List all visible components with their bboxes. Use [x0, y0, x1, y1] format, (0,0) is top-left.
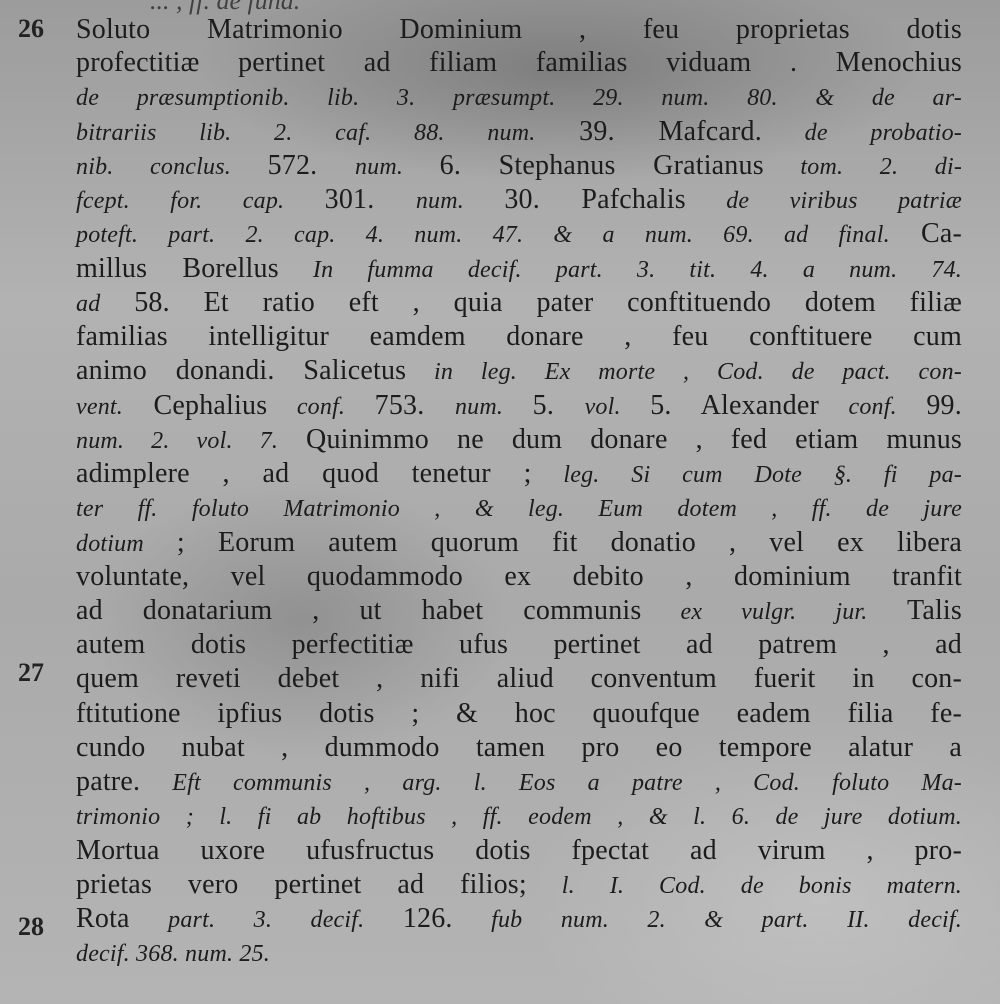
text-line: autem dotis perfectitiæ ufus pertinet ad… — [76, 629, 962, 661]
text-line: ad donatarium , ut habet communis ex vul… — [76, 595, 962, 628]
citation-italic-text: vol. — [585, 394, 651, 420]
body-text-run: adimplere , ad quod tenetur ; — [76, 458, 532, 489]
body-text-run: Ca- — [890, 218, 962, 249]
text-line: dotium ; Eorum autem quorum fit donatio … — [76, 527, 962, 560]
body-text-run: Talis — [868, 595, 963, 626]
citation-italic-text: In fumma decif. part. 3. tit. 4. a num. … — [279, 257, 962, 283]
text-line: Soluto Matrimonio Dominium , feu proprie… — [76, 14, 962, 46]
body-text-run: 58. Et ratio eft , quia pater conftituen… — [100, 287, 962, 318]
body-text-run: profectitiæ pertinet ad filiam familias … — [76, 47, 962, 78]
body-text-run: 126. — [403, 903, 453, 934]
text-line: patre. Eft communis , arg. l. Eos a patr… — [76, 766, 962, 799]
text-line: trimonio ; l. fi ab hoftibus , ff. eodem… — [76, 800, 962, 833]
text-line: vent. Cephalius conf. 753. num. 5. vol. … — [76, 390, 962, 423]
body-text-run: ad donatarium , ut habet communis — [76, 595, 642, 626]
citation-italic-text: l. I. Cod. de bonis matern. — [527, 873, 962, 899]
citation-italic-text: nib. conclus. — [76, 154, 268, 180]
body-text-run: ; Eorum autem quorum fit donatio , vel e… — [144, 527, 962, 558]
citation-italic-text: de viribus patriæ — [686, 188, 962, 214]
body-text-run: Soluto Matrimonio Dominium , feu proprie… — [76, 14, 962, 45]
body-text-run: 30. Pafchalis — [504, 184, 685, 215]
text-line: de præsumptionib. lib. 3. præsumpt. 29. … — [76, 81, 962, 114]
citation-italic-text: num. — [355, 154, 440, 180]
citation-italic-text: ad — [76, 291, 100, 317]
text-line: poteft. part. 2. cap. 4. num. 47. & a nu… — [76, 218, 962, 251]
text-line: voluntate, vel quodammodo ex debito , do… — [76, 561, 962, 593]
body-text-run: Mortua uxore ufusfructus dotis fpectat a… — [76, 835, 962, 866]
citation-italic-text: bitrariis lib. 2. caf. 88. num. — [76, 120, 535, 146]
body-text-run: Rota — [76, 903, 130, 934]
text-line: adimplere , ad quod tenetur ; leg. Si cu… — [76, 458, 962, 491]
body-text-run: 753. — [375, 390, 455, 421]
citation-italic-text: num. — [416, 188, 505, 214]
text-line: cundo nubat , dummodo tamen pro eo tempo… — [76, 732, 962, 764]
body-text-run: millus Borellus — [76, 253, 279, 284]
body-text-run: 6. Stephanus Gratianus — [440, 150, 764, 181]
citation-italic-text: ex vulgr. jur. — [642, 599, 868, 625]
body-text-run: 5. — [533, 390, 585, 421]
body-text-run: 99. — [926, 390, 962, 421]
citation-italic-text: fcept. for. cap. — [76, 188, 325, 214]
citation-italic-text: de probatio- — [762, 120, 962, 146]
text-line: millus Borellus In fumma decif. part. 3.… — [76, 253, 962, 286]
text-line: animo donandi. Salicetus in leg. Ex mort… — [76, 355, 962, 388]
text-line: bitrariis lib. 2. caf. 88. num. 39. Mafc… — [76, 116, 962, 149]
text-line: ad 58. Et ratio eft , quia pater conftit… — [76, 287, 962, 320]
text-line: profectitiæ pertinet ad filiam familias … — [76, 47, 962, 79]
body-text-run: cundo nubat , dummodo tamen pro eo tempo… — [76, 732, 962, 763]
text-line: num. 2. vol. 7. Quinimmo ne dum donare ,… — [76, 424, 962, 457]
body-text-run: Cephalius — [123, 390, 267, 421]
body-text-run: 39. Mafcard. — [535, 116, 761, 147]
citation-italic-text: ter ff. foluto Matrimonio , & leg. Eum d… — [76, 496, 962, 522]
citation-italic-text: decif. 368. num. 25. — [76, 941, 270, 967]
citation-italic-text: conf. — [267, 394, 374, 420]
citation-italic-text: num. 2. vol. 7. — [76, 428, 278, 454]
body-text-run: familias intelligitur eamdem donare , fe… — [76, 321, 962, 352]
citation-italic-text: part. 3. decif. — [130, 907, 403, 933]
text-line: ter ff. foluto Matrimonio , & leg. Eum d… — [76, 492, 962, 525]
body-text-run: quem reveti debet , nifi aliud conventum… — [76, 663, 962, 694]
paragraph-margin-number: 28 — [18, 912, 44, 942]
citation-italic-text: poteft. part. 2. cap. 4. num. 47. & a nu… — [76, 222, 890, 248]
body-text-run: autem dotis perfectitiæ ufus pertinet ad… — [76, 629, 962, 660]
body-text-run: prietas vero pertinet ad filios; — [76, 869, 527, 900]
text-line: prietas vero pertinet ad filios; l. I. C… — [76, 869, 962, 902]
text-line: nib. conclus. 572. num. 6. Stephanus Gra… — [76, 150, 962, 183]
text-line: fcept. for. cap. 301. num. 30. Pafchalis… — [76, 184, 962, 217]
body-text-run: ftitutione ipfius dotis ; & hoc quoufque… — [76, 698, 962, 729]
body-text-run: animo donandi. Salicetus — [76, 355, 406, 386]
text-line: quem reveti debet , nifi aliud conventum… — [76, 663, 962, 695]
citation-italic-text: tom. 2. di- — [764, 154, 962, 180]
citation-italic-text: conf. — [819, 394, 926, 420]
body-text-run: patre. — [76, 766, 140, 797]
citation-italic-text: num. — [455, 394, 533, 420]
citation-italic-text: de præsumptionib. lib. 3. præsumpt. 29. … — [76, 85, 962, 111]
paragraph-margin-number: 26 — [18, 14, 44, 44]
citation-italic-text: leg. Si cum Dote §. fi pa- — [532, 462, 962, 488]
citation-italic-text: vent. — [76, 394, 123, 420]
body-text-run: 301. — [325, 184, 416, 215]
citation-italic-text: Eft communis , arg. l. Eos a patre , Cod… — [140, 770, 962, 796]
citation-italic-text: fub num. 2. & part. II. decif. — [453, 907, 962, 933]
body-text-run: 572. — [268, 150, 355, 181]
body-text-run: Quinimmo ne dum donare , fed etiam munus — [278, 424, 962, 455]
text-line: decif. 368. num. 25. — [76, 937, 962, 970]
text-line: Rota part. 3. decif. 126. fub num. 2. & … — [76, 903, 962, 936]
text-line: Mortua uxore ufusfructus dotis fpectat a… — [76, 835, 962, 867]
citation-italic-text: dotium — [76, 531, 144, 557]
citation-italic-text: trimonio ; l. fi ab hoftibus , ff. eodem… — [76, 804, 962, 830]
citation-italic-text: in leg. Ex morte , Cod. de pact. con- — [406, 359, 962, 385]
paragraph-margin-number: 27 — [18, 658, 44, 688]
text-line: ftitutione ipfius dotis ; & hoc quoufque… — [76, 698, 962, 730]
body-text-run: 5. Alexander — [650, 390, 819, 421]
body-text-run: voluntate, vel quodammodo ex debito , do… — [76, 561, 962, 592]
scanned-book-page: ... , ff. de fund. 262728 Soluto Matrimo… — [0, 0, 1000, 1004]
text-line: familias intelligitur eamdem donare , fe… — [76, 321, 962, 353]
